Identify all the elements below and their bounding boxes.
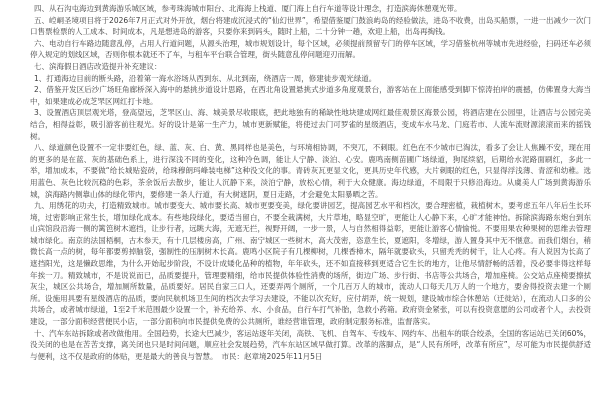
paragraph-item-6: 六、电动自行车路边随意乱停，占用人行道问题，从源头治理，城市规划设计，每个区域，… (30, 38, 591, 61)
paragraph-item-10: 十、汽车东站拆除或者改做他用。全国趋势，长途大巴减少，客运站逐年关闭，高铁、飞机… (30, 328, 591, 363)
document-page: 四、从石沟屯海边到黄海游乐城区域，参考珠海城市阳台、北海海上栈道、厦门海上自行车… (0, 0, 600, 400)
paragraph-item-9: 九、用绣花的功夫，打造精致城市。城市要变大、城市要长高、城市更要变美，绿化要讲园… (30, 200, 591, 328)
paragraph-item-7-heading: 七、滨海假日酒店改造提升补充建议： (30, 61, 591, 73)
paragraph-item-8: 八、绿道颜色设置不一定非要红色，绿、蓝、灰、白、黄、黑同样也是美色，与环境相协调… (30, 142, 591, 200)
signature: 市民：赵章境2025年11月5日 (222, 352, 323, 361)
paragraph-item-4: 四、从石沟屯海边到黄海游乐城区域，参考珠海城市阳台、北海海上栈道、厦门海上自行车… (30, 3, 591, 15)
paragraph-item-7-sub-2: 2、借鉴开发区后沙广场旺角廊桥深入海中的悬挑步道设计思路，在西北角设置悬挑式步道… (30, 84, 591, 107)
paragraph-item-7-sub-1: 1、打通海边目前的断头路，沿着第一海水浴场从西到东、从北到南，绕酒店一周，修建徒… (30, 73, 591, 85)
paragraph-item-7-sub-3: 3、设置酒店顶层观光塔，登高望远，芝罘区山、海、城美景尽收眼底，把此地独有的稀缺… (30, 107, 591, 142)
paragraph-item-5: 五、崆峒圣境项目将于2026年7月正式对外开放，烟台将建成沉浸式的“仙幻世界”，… (30, 15, 591, 38)
